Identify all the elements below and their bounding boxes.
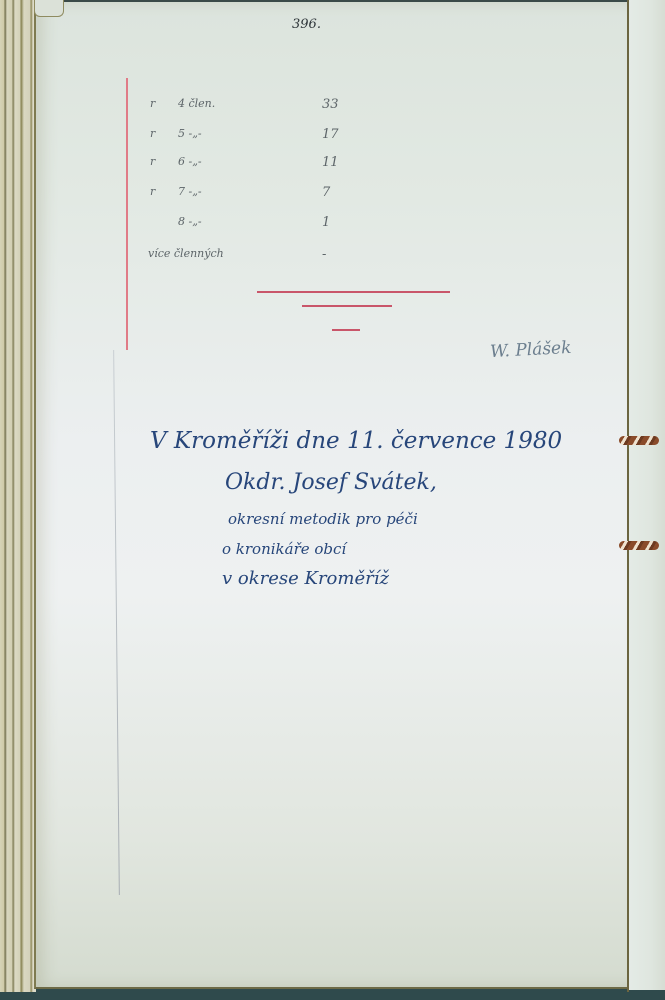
closing-rule xyxy=(332,329,360,331)
red-margin-line xyxy=(126,78,128,350)
page-corner-fold xyxy=(34,0,64,17)
closing-district: v okrese Kroměříž xyxy=(222,568,389,589)
facing-page-edge xyxy=(629,0,665,990)
initials-signature: W. Plášek xyxy=(490,338,572,362)
closing-rule xyxy=(257,291,450,293)
ledger-page xyxy=(34,2,630,989)
binding-twine-icon xyxy=(619,541,659,550)
closing-rule xyxy=(302,305,392,307)
closing-author-title: okresní metodik pro péči xyxy=(228,510,418,528)
closing-author-name: Okdr. Josef Svátek, xyxy=(225,470,437,495)
page-number: 396. xyxy=(292,17,321,32)
binding-twine-icon xyxy=(619,436,659,445)
page-stack-edges xyxy=(0,0,36,992)
closing-author-title: o kronikáře obcí xyxy=(222,540,346,558)
closing-place-date: V Kroměříži dne 11. července 1980 xyxy=(150,428,562,454)
